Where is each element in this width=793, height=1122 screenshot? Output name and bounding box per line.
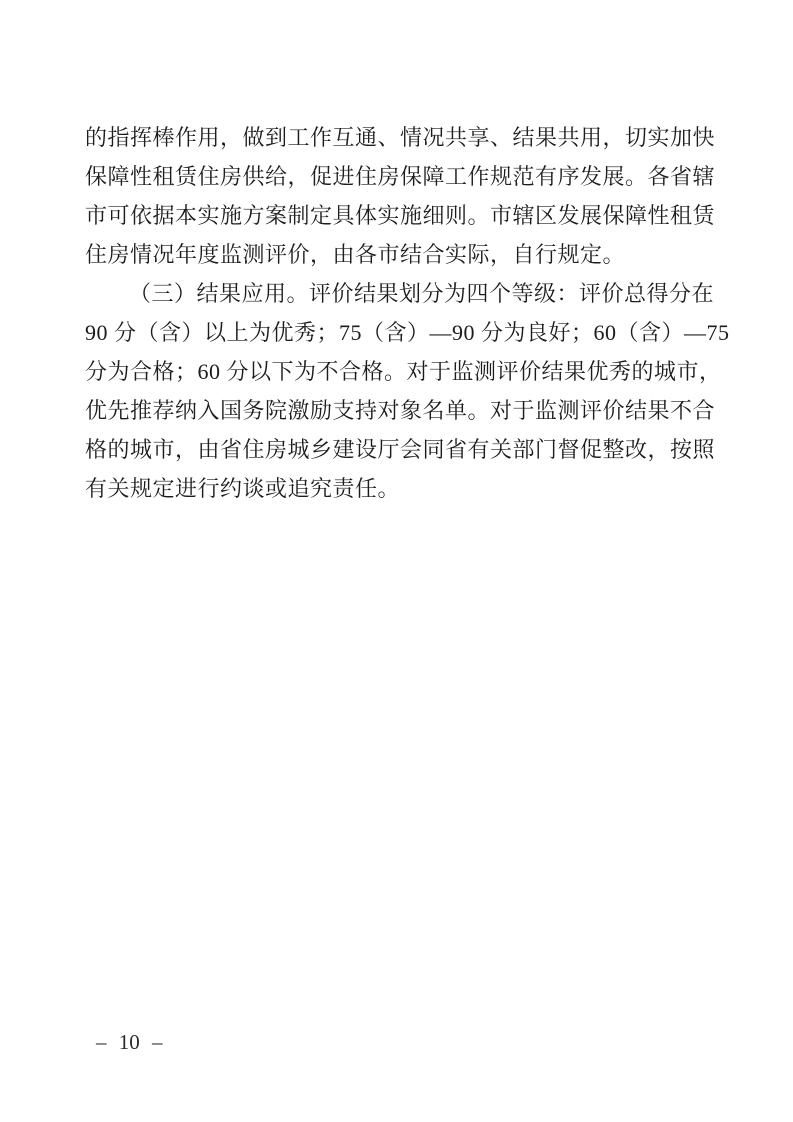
page-number: – 10 – [96, 1028, 163, 1056]
text-line: 格的城市，由省住房城乡建设厅会同省有关部门督促整改，按照 [85, 430, 712, 469]
text-line: 有关规定进行约谈或追究责任。 [85, 469, 712, 508]
text-line: 的指挥棒作用，做到工作互通、情况共享、结果共用，切实加快 [85, 118, 712, 157]
document-body: 的指挥棒作用，做到工作互通、情况共享、结果共用，切实加快 保障性租赁住房供给，促… [85, 118, 712, 508]
text-line: 90 分（含）以上为优秀；75（含）—90 分为良好；60（含）—75 [85, 313, 712, 352]
text-line: 保障性租赁住房供给，促进住房保障工作规范有序发展。各省辖 [85, 157, 712, 196]
text-line: 分为合格；60 分以下为不合格。对于监测评价结果优秀的城市， [85, 352, 712, 391]
text-line: （三）结果应用。评价结果划分为四个等级：评价总得分在 [85, 274, 712, 313]
document-page: 的指挥棒作用，做到工作互通、情况共享、结果共用，切实加快 保障性租赁住房供给，促… [0, 0, 793, 1122]
text-line: 优先推荐纳入国务院激励支持对象名单。对于监测评价结果不合 [85, 391, 712, 430]
text-line: 市可依据本实施方案制定具体实施细则。市辖区发展保障性租赁 [85, 196, 712, 235]
text-line: 住房情况年度监测评价，由各市结合实际，自行规定。 [85, 235, 712, 274]
